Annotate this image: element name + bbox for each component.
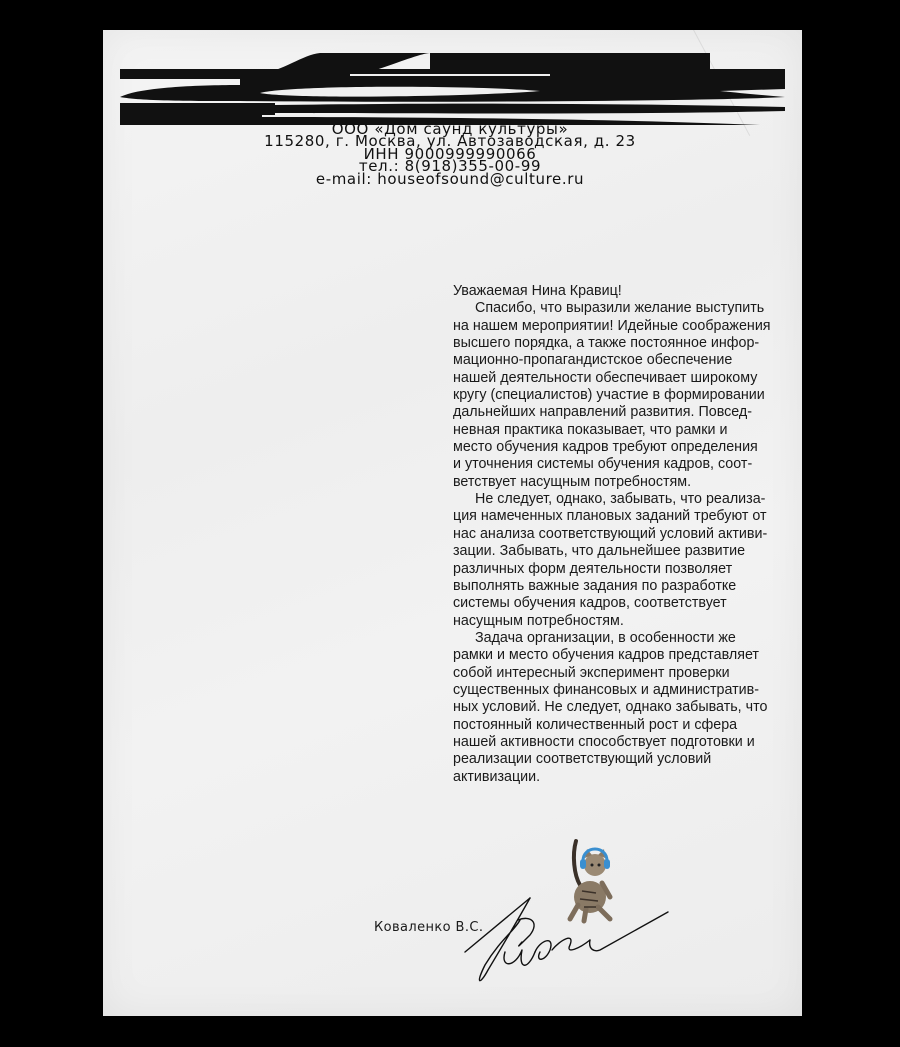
letter-greeting: Уважаемая Нина Кравиц! <box>453 283 793 300</box>
letter-paragraph: Спасибо, что выразили желание выступить … <box>453 300 793 491</box>
company-email: e-mail: houseofsound@culture.ru <box>190 173 710 185</box>
handwritten-signature-icon <box>460 890 680 990</box>
company-logo <box>120 45 785 125</box>
letterhead: ООО «Дом саунд культуры» 115280, г. Моск… <box>190 123 710 185</box>
letter-paragraph: Задача организации, в особенности же рам… <box>453 630 793 786</box>
letter-body: Уважаемая Нина Кравиц! Спасибо, что выра… <box>453 283 793 786</box>
letter-paragraph: Не следует, однако, забывать, что реализ… <box>453 491 793 630</box>
